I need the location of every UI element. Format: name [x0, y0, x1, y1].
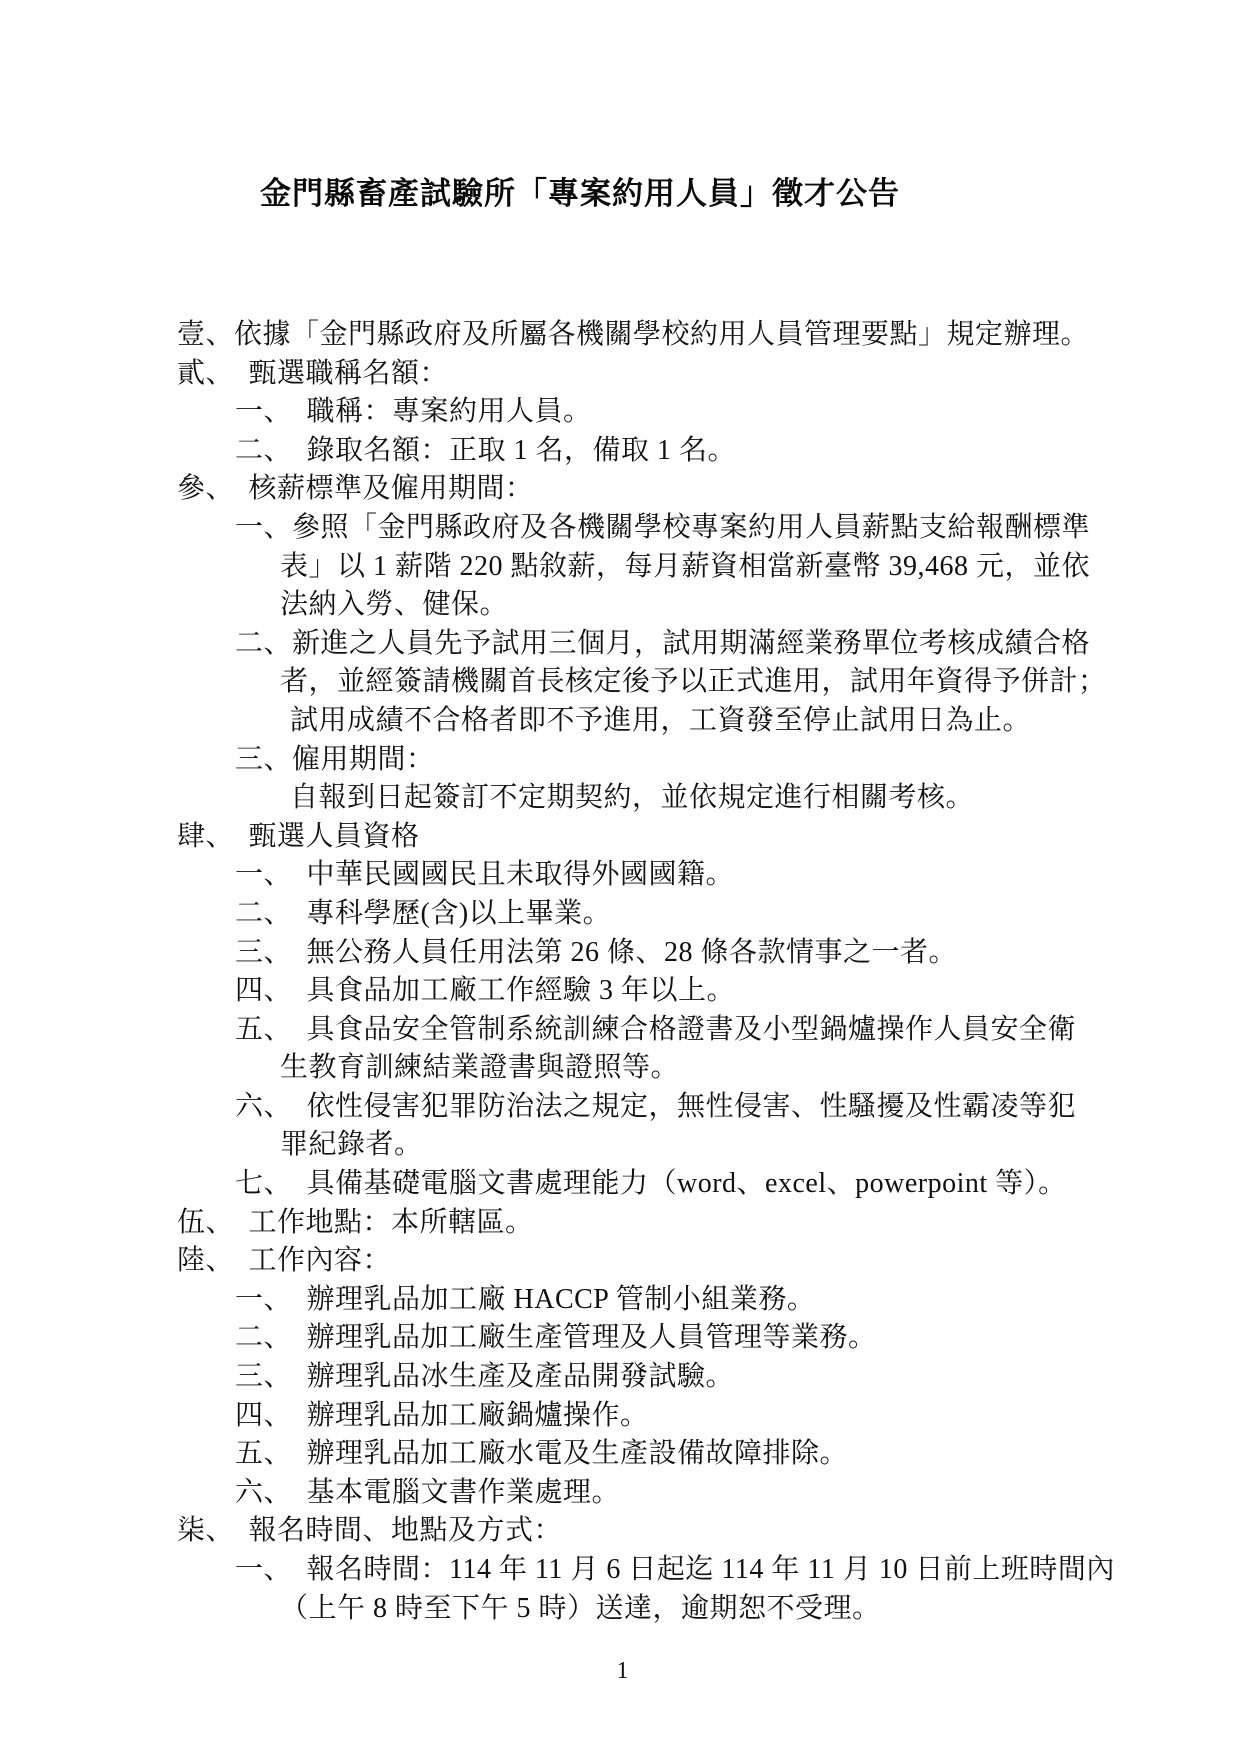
doc-line-probation: 二、新進之人員先予試用三個月，試用期滿經業務單位考核成績合格 — [235, 625, 1240, 664]
doc-line-work-content-6: 六、 基本電腦文書作業處理。 — [235, 1474, 1240, 1513]
doc-line-registration-header: 柒、 報名時間、地點及方式： — [177, 1512, 1240, 1551]
doc-line-qualifications-header: 肆、 甄選人員資格 — [177, 818, 1240, 857]
doc-line-quota: 二、 錄取名額：正取 1 名，備取 1 名。 — [235, 432, 1240, 471]
doc-line-salary-1-cont-2: 法納入勞、健保。 — [280, 586, 1240, 625]
doc-line-basis: 壹、依據「金門縣政府及所屬各機關學校約用人員管理要點」規定辦理。 — [177, 316, 1240, 355]
doc-line-qualification-4: 四、 具食品加工廠工作經驗 3 年以上。 — [235, 972, 1240, 1011]
doc-line-qualification-2: 二、 專科學歷(含)以上畢業。 — [235, 895, 1240, 934]
doc-line-work-content-1: 一、 辦理乳品加工廠 HACCP 管制小組業務。 — [235, 1281, 1240, 1320]
doc-line-work-content-5: 五、 辦理乳品加工廠水電及生產設備故障排除。 — [235, 1435, 1240, 1474]
doc-line-work-content-2: 二、 辦理乳品加工廠生產管理及人員管理等業務。 — [235, 1319, 1240, 1358]
doc-line-qualification-1: 一、 中華民國國民且未取得外國國籍。 — [235, 856, 1240, 895]
doc-line-position-quota-header: 貳、 甄選職稱名額： — [177, 355, 1240, 394]
doc-line-probation-cont-2: 試用成績不合格者即不予進用，工資發至停止試用日為止。 — [290, 702, 1240, 741]
doc-line-employment-period: 三、僱用期間： — [235, 741, 1240, 780]
page-number: 1 — [155, 1658, 1090, 1685]
doc-line-salary-1-cont-1: 表」以 1 薪階 220 點敘薪，每月薪資相當新臺幣 39,468 元，並依 — [280, 548, 1240, 587]
doc-line-salary-header: 參、 核薪標準及僱用期間： — [177, 470, 1240, 509]
doc-line-qualification-3: 三、 無公務人員任用法第 26 條、28 條各款情事之一者。 — [235, 934, 1240, 973]
doc-line-work-location: 伍、 工作地點：本所轄區。 — [177, 1204, 1240, 1243]
doc-line-work-content-3: 三、 辦理乳品冰生產及產品開發試驗。 — [235, 1358, 1240, 1397]
doc-line-position-title: 一、 職稱：專案約用人員。 — [235, 393, 1240, 432]
document-body: 壹、依據「金門縣政府及所屬各機關學校約用人員管理要點」規定辦理。 貳、 甄選職稱… — [0, 316, 1240, 1628]
doc-line-qualification-6: 六、 依性侵害犯罪防治法之規定，無性侵害、性騷擾及性霸凌等犯 — [235, 1088, 1240, 1127]
doc-line-probation-cont-1: 者，並經簽請機關首長核定後予以正式進用，試用年資得予併計； — [280, 663, 1240, 702]
doc-line-qualification-5-cont: 生教育訓練結業證書與證照等。 — [280, 1049, 1240, 1088]
document-page: 金門縣畜產試驗所「專案約用人員」徵才公告 壹、依據「金門縣政府及所屬各機關學校約… — [0, 0, 1240, 1754]
doc-line-registration-time: 一、 報名時間：114 年 11 月 6 日起迄 114 年 11 月 10 日… — [235, 1551, 1240, 1590]
doc-line-qualification-7: 七、 具備基礎電腦文書處理能力（word、excel、powerpoint 等）… — [235, 1165, 1240, 1204]
doc-line-qualification-5: 五、 具食品安全管制系統訓練合格證書及小型鍋爐操作人員安全衛 — [235, 1011, 1240, 1050]
doc-line-registration-time-cont: （上午 8 時至下午 5 時）送達，逾期恕不受理。 — [280, 1590, 1240, 1629]
doc-line-qualification-6-cont: 罪紀錄者。 — [280, 1126, 1240, 1165]
document-title: 金門縣畜產試驗所「專案約用人員」徵才公告 — [260, 168, 900, 213]
doc-line-salary-1: 一、參照「金門縣政府及各機關學校專案約用人員薪點支給報酬標準 — [235, 509, 1240, 548]
doc-line-work-content-header: 陸、 工作內容： — [177, 1242, 1240, 1281]
doc-line-work-content-4: 四、 辦理乳品加工廠鍋爐操作。 — [235, 1397, 1240, 1436]
doc-line-employment-period-cont: 自報到日起簽訂不定期契約，並依規定進行相關考核。 — [290, 779, 1240, 818]
